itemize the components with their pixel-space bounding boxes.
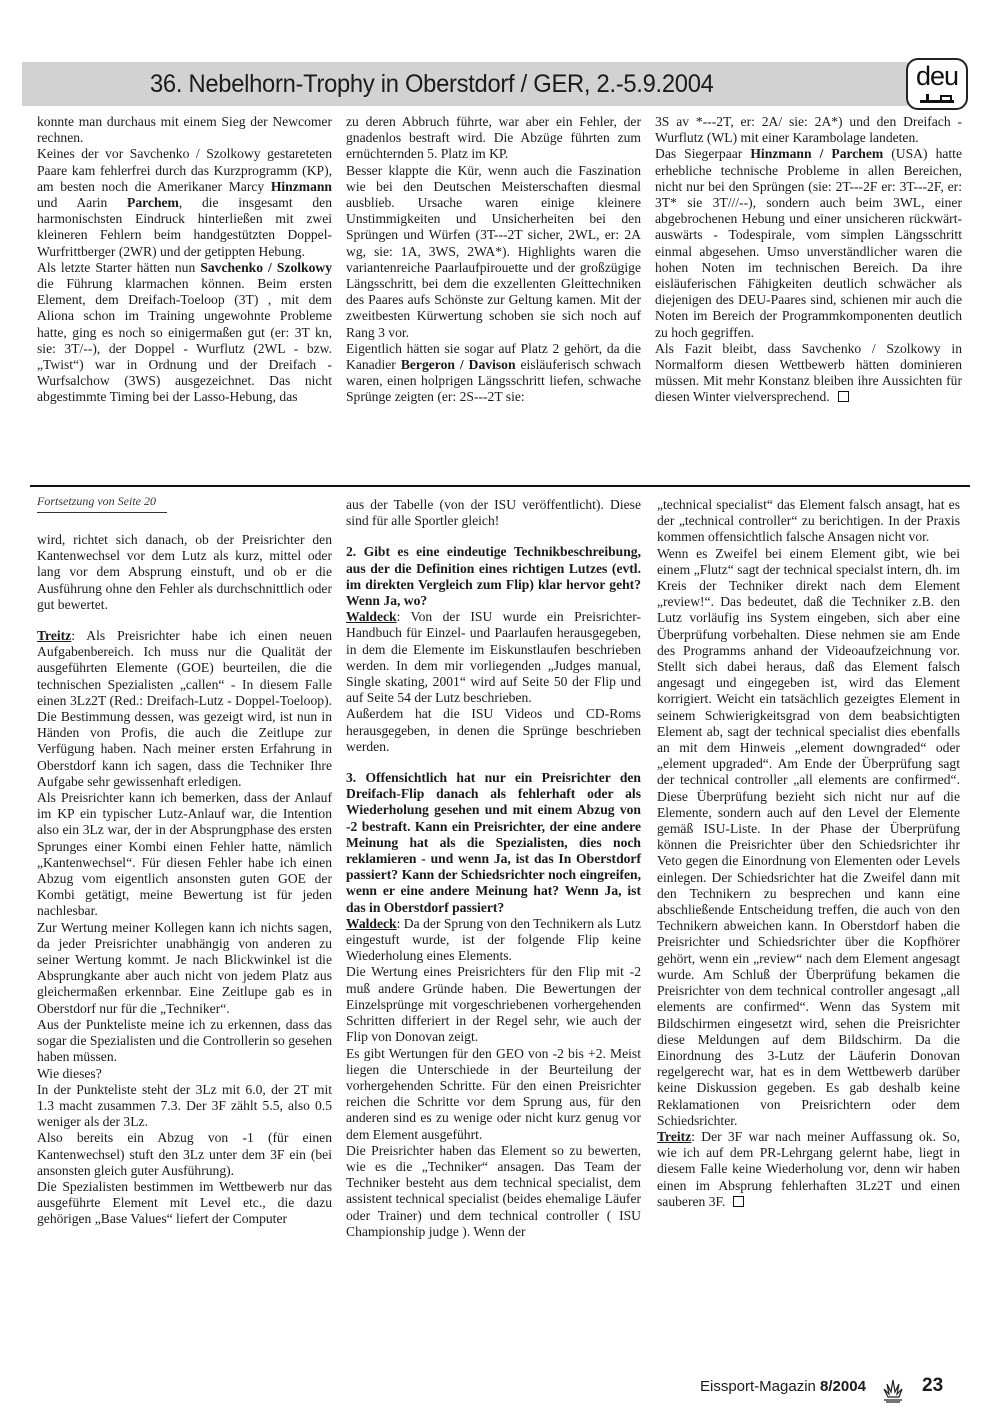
paragraph: Als Preisrichter kann ich bemerken, dass… — [37, 790, 332, 920]
top-article-col-2: zu deren Abbruch führte, war aber ein Fe… — [346, 114, 641, 406]
paragraph: Waldeck: Von der ISU wurde ein Preisrich… — [346, 609, 641, 706]
paragraph: Aus der Punkteliste meine ich zu erkenne… — [37, 1017, 332, 1066]
continued-underline — [37, 512, 167, 513]
end-mark-icon — [733, 1196, 744, 1207]
paragraph: zu deren Abbruch führte, war aber ein Fe… — [346, 114, 641, 163]
page-title: 36. Nebelhorn-Trophy in Oberstdorf / GER… — [150, 70, 714, 99]
footer-magazine: Eissport-Magazin 8/2004 — [700, 1378, 866, 1395]
section-divider — [30, 485, 970, 487]
paragraph: Treitz: Als Preisrichter habe ich einen … — [37, 628, 332, 790]
bottom-article-col-2: aus der Tabelle (von der ISU veröffentli… — [346, 497, 641, 1240]
paragraph: Als Fazit bleibt, dass Savchenko / Szolk… — [655, 341, 962, 406]
paragraph: konnte man durchaus mit einem Sieg der N… — [37, 114, 332, 146]
athlete-name: Savchenko / Szolkowy — [200, 260, 332, 275]
paragraph: Waldeck: Da der Sprung von den Techniker… — [346, 916, 641, 965]
paragraph: Zur Wertung meiner Kollegen kann ich nic… — [37, 920, 332, 1017]
paragraph: wird, richtet sich danach, ob der Preisr… — [37, 532, 332, 613]
paragraph: Es gibt Wertungen für den GEO von -2 bis… — [346, 1046, 641, 1143]
paragraph: Treitz: Der 3F war nach meiner Auffassun… — [657, 1129, 960, 1210]
logo-text: deu — [908, 61, 966, 92]
top-article-col-1: konnte man durchaus mit einem Sieg der N… — [37, 114, 332, 406]
deu-logo: deu — [906, 58, 968, 110]
paragraph: In der Punkteliste steht der 3Lz mit 6.0… — [37, 1082, 332, 1131]
paragraph: Eigentlich hätten sie sogar auf Platz 2 … — [346, 341, 641, 406]
athlete-name: Parchem — [127, 195, 179, 210]
paragraph: Besser klappte die Kür, wenn auch die Fa… — [346, 163, 641, 341]
skater-logo-icon — [880, 1378, 906, 1404]
paragraph: Wie dieses? — [37, 1066, 332, 1082]
paragraph: Die Wertung eines Preisrichters für den … — [346, 964, 641, 1045]
paragraph: aus der Tabelle (von der ISU veröffentli… — [346, 497, 641, 529]
paragraph: Keines der vor Savchenko / Szolkowy gest… — [37, 146, 332, 259]
paragraph: Das Siegerpaar Hinzmann / Parchem (USA) … — [655, 146, 962, 340]
bottom-article-col-1: wird, richtet sich danach, ob der Preisr… — [37, 532, 332, 1228]
athlete-name: Hinzmann / Parchem — [750, 146, 883, 161]
paragraph: „technical specialist“ das Element falsc… — [657, 497, 960, 546]
athlete-name: Hinzmann — [271, 179, 332, 194]
speaker-name: Waldeck — [346, 609, 397, 624]
paragraph: Wenn es Zweifel bei einem Element gibt, … — [657, 546, 960, 1129]
top-article-col-3: 3S av *---2T, er: 2A/ sie: 2A*) und den … — [655, 114, 962, 406]
speaker-name: Waldeck — [346, 916, 397, 931]
paragraph: Als letzte Starter hätten nun Savchenko … — [37, 260, 332, 406]
end-mark-icon — [838, 391, 849, 402]
issue-number: 8/2004 — [820, 1378, 866, 1395]
speaker-name: Treitz — [37, 628, 71, 643]
paragraph: Also bereits ein Abzug von -1 (für einen… — [37, 1130, 332, 1179]
interview-question: 3. Offensichtlich hat nur ein Preisricht… — [346, 770, 641, 916]
page-number: 23 — [922, 1375, 943, 1397]
paragraph: Die Preisrichter haben das Element so zu… — [346, 1143, 641, 1240]
paragraph: Die Spezialisten bestimmen im Wettbewerb… — [37, 1179, 332, 1228]
speaker-name: Treitz — [657, 1129, 691, 1144]
athlete-name: Bergeron / Davison — [401, 357, 516, 372]
bottom-article-col-3: „technical specialist“ das Element falsc… — [657, 497, 960, 1210]
paragraph: 3S av *---2T, er: 2A/ sie: 2A*) und den … — [655, 114, 962, 146]
interview-question: 2. Gibt es eine eindeutige Technikbeschr… — [346, 544, 641, 609]
paragraph: Außerdem hat die ISU Videos und CD-Roms … — [346, 706, 641, 755]
skate-icon — [920, 100, 954, 103]
continued-from-label: Fortsetzung von Seite 20 — [37, 494, 156, 509]
